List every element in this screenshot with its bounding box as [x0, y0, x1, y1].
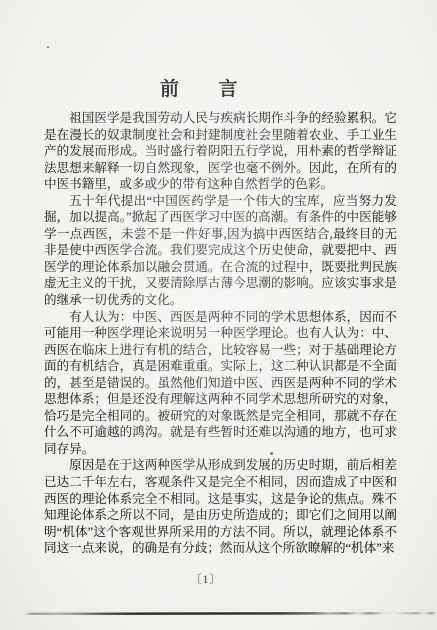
preface-text: 祖国医学是我国劳动人民与疾病长期作斗争的经验累积。它是在漫长的奴隶制度社会和封建…: [44, 110, 397, 557]
paragraph: 五十年代提出“中国医药学是一个伟大的宝库，应当努力发掘，加以提高。”掀起了西医学…: [44, 193, 397, 309]
scan-speck: [270, 452, 273, 455]
paragraph: 祖国医学是我国劳动人民与疾病长期作斗争的经验累积。它是在漫长的奴隶制度社会和封建…: [44, 110, 397, 193]
scan-artifact-line: [24, 612, 436, 615]
scan-speck: [47, 46, 49, 48]
scanned-book-page: 前 言 祖国医学是我国劳动人民与疾病长期作斗争的经验累积。它是在漫长的奴隶制度社…: [0, 0, 437, 630]
paragraph: 有人认为：中医、西医是两种不同的学术思想体系，因而不可能用一种医学理论来说明另一…: [44, 309, 397, 458]
page-title: 前 言: [160, 79, 238, 101]
paragraph: 原因是在于这两种医学从形成到发展的历史时期，前后相差已达二千年左右，客观条件又是…: [44, 457, 397, 556]
page-number: 〔1〕: [0, 571, 412, 587]
